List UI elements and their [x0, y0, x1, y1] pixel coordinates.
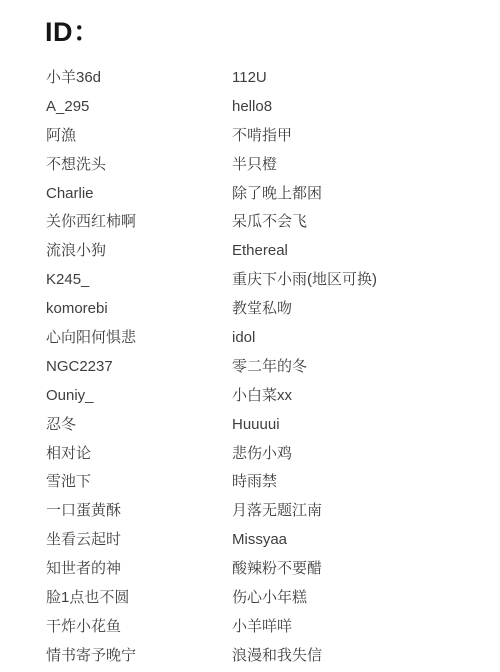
id-list-item: 除了晚上都困	[232, 180, 500, 209]
id-list-item: Ouniy_	[46, 382, 232, 411]
id-list-item: NGC2237	[46, 353, 232, 382]
id-list-item: 相对论	[46, 440, 232, 469]
id-list-item: 情书寄予晚宁	[46, 642, 232, 671]
id-list-item: 悲伤小鸡	[232, 440, 500, 469]
id-list-page: ID： 小羊36dA_295阿漁不想洗头Charlie关你西红柿啊流浪小狗K24…	[0, 0, 500, 672]
id-list-item: 酸辣粉不要醋	[232, 555, 500, 584]
id-list-item: 時雨禁	[232, 468, 500, 497]
id-list-item: komorebi	[46, 295, 232, 324]
id-list-item: 112U	[232, 64, 500, 93]
id-list-item: Ethereal	[232, 237, 500, 266]
id-column-right: 112Uhello8不啃指甲半只橙除了晚上都困呆瓜不会飞Ethereal重庆下小…	[232, 64, 500, 671]
id-list-item: 零二年的冬	[232, 353, 500, 382]
page-title: ID：	[45, 18, 101, 48]
id-list-item: hello8	[232, 93, 500, 122]
id-list-item: 一口蛋黄酥	[46, 497, 232, 526]
id-list-item: 干炸小花鱼	[46, 613, 232, 642]
id-list-item: 关你西红柿啊	[46, 208, 232, 237]
id-list-item: 浪漫和我失信	[232, 642, 500, 671]
id-list-item: 脸1点也不圆	[46, 584, 232, 613]
id-list-item: 流浪小狗	[46, 237, 232, 266]
id-list-item: 伤心小年糕	[232, 584, 500, 613]
id-list-item: 教堂私吻	[232, 295, 500, 324]
id-list-item: 小羊36d	[46, 64, 232, 93]
id-list-item: 不啃指甲	[232, 122, 500, 151]
id-list-item: 忍冬	[46, 411, 232, 440]
id-list-item: 不想洗头	[46, 151, 232, 180]
id-list-item: 月落无题江南	[232, 497, 500, 526]
id-columns: 小羊36dA_295阿漁不想洗头Charlie关你西红柿啊流浪小狗K245_ko…	[46, 64, 500, 671]
id-list-item: Charlie	[46, 180, 232, 209]
id-list-item: 心向阳何惧悲	[46, 324, 232, 353]
id-list-item: Missyaa	[232, 526, 500, 555]
id-column-left: 小羊36dA_295阿漁不想洗头Charlie关你西红柿啊流浪小狗K245_ko…	[46, 64, 232, 671]
id-list-item: 坐看云起时	[46, 526, 232, 555]
id-list-item: 小羊咩咩	[232, 613, 500, 642]
id-list-item: K245_	[46, 266, 232, 295]
id-list-item: 半只橙	[232, 151, 500, 180]
id-list-item: 阿漁	[46, 122, 232, 151]
id-list-item: idol	[232, 324, 500, 353]
id-list-item: 重庆下小雨(地区可换)	[232, 266, 500, 295]
id-list-item: Huuuui	[232, 411, 500, 440]
id-list-item: 呆瓜不会飞	[232, 208, 500, 237]
id-list-item: 雪池下	[46, 468, 232, 497]
id-list-item: A_295	[46, 93, 232, 122]
id-list-item: 小白菜xx	[232, 382, 500, 411]
id-list-item: 知世者的神	[46, 555, 232, 584]
